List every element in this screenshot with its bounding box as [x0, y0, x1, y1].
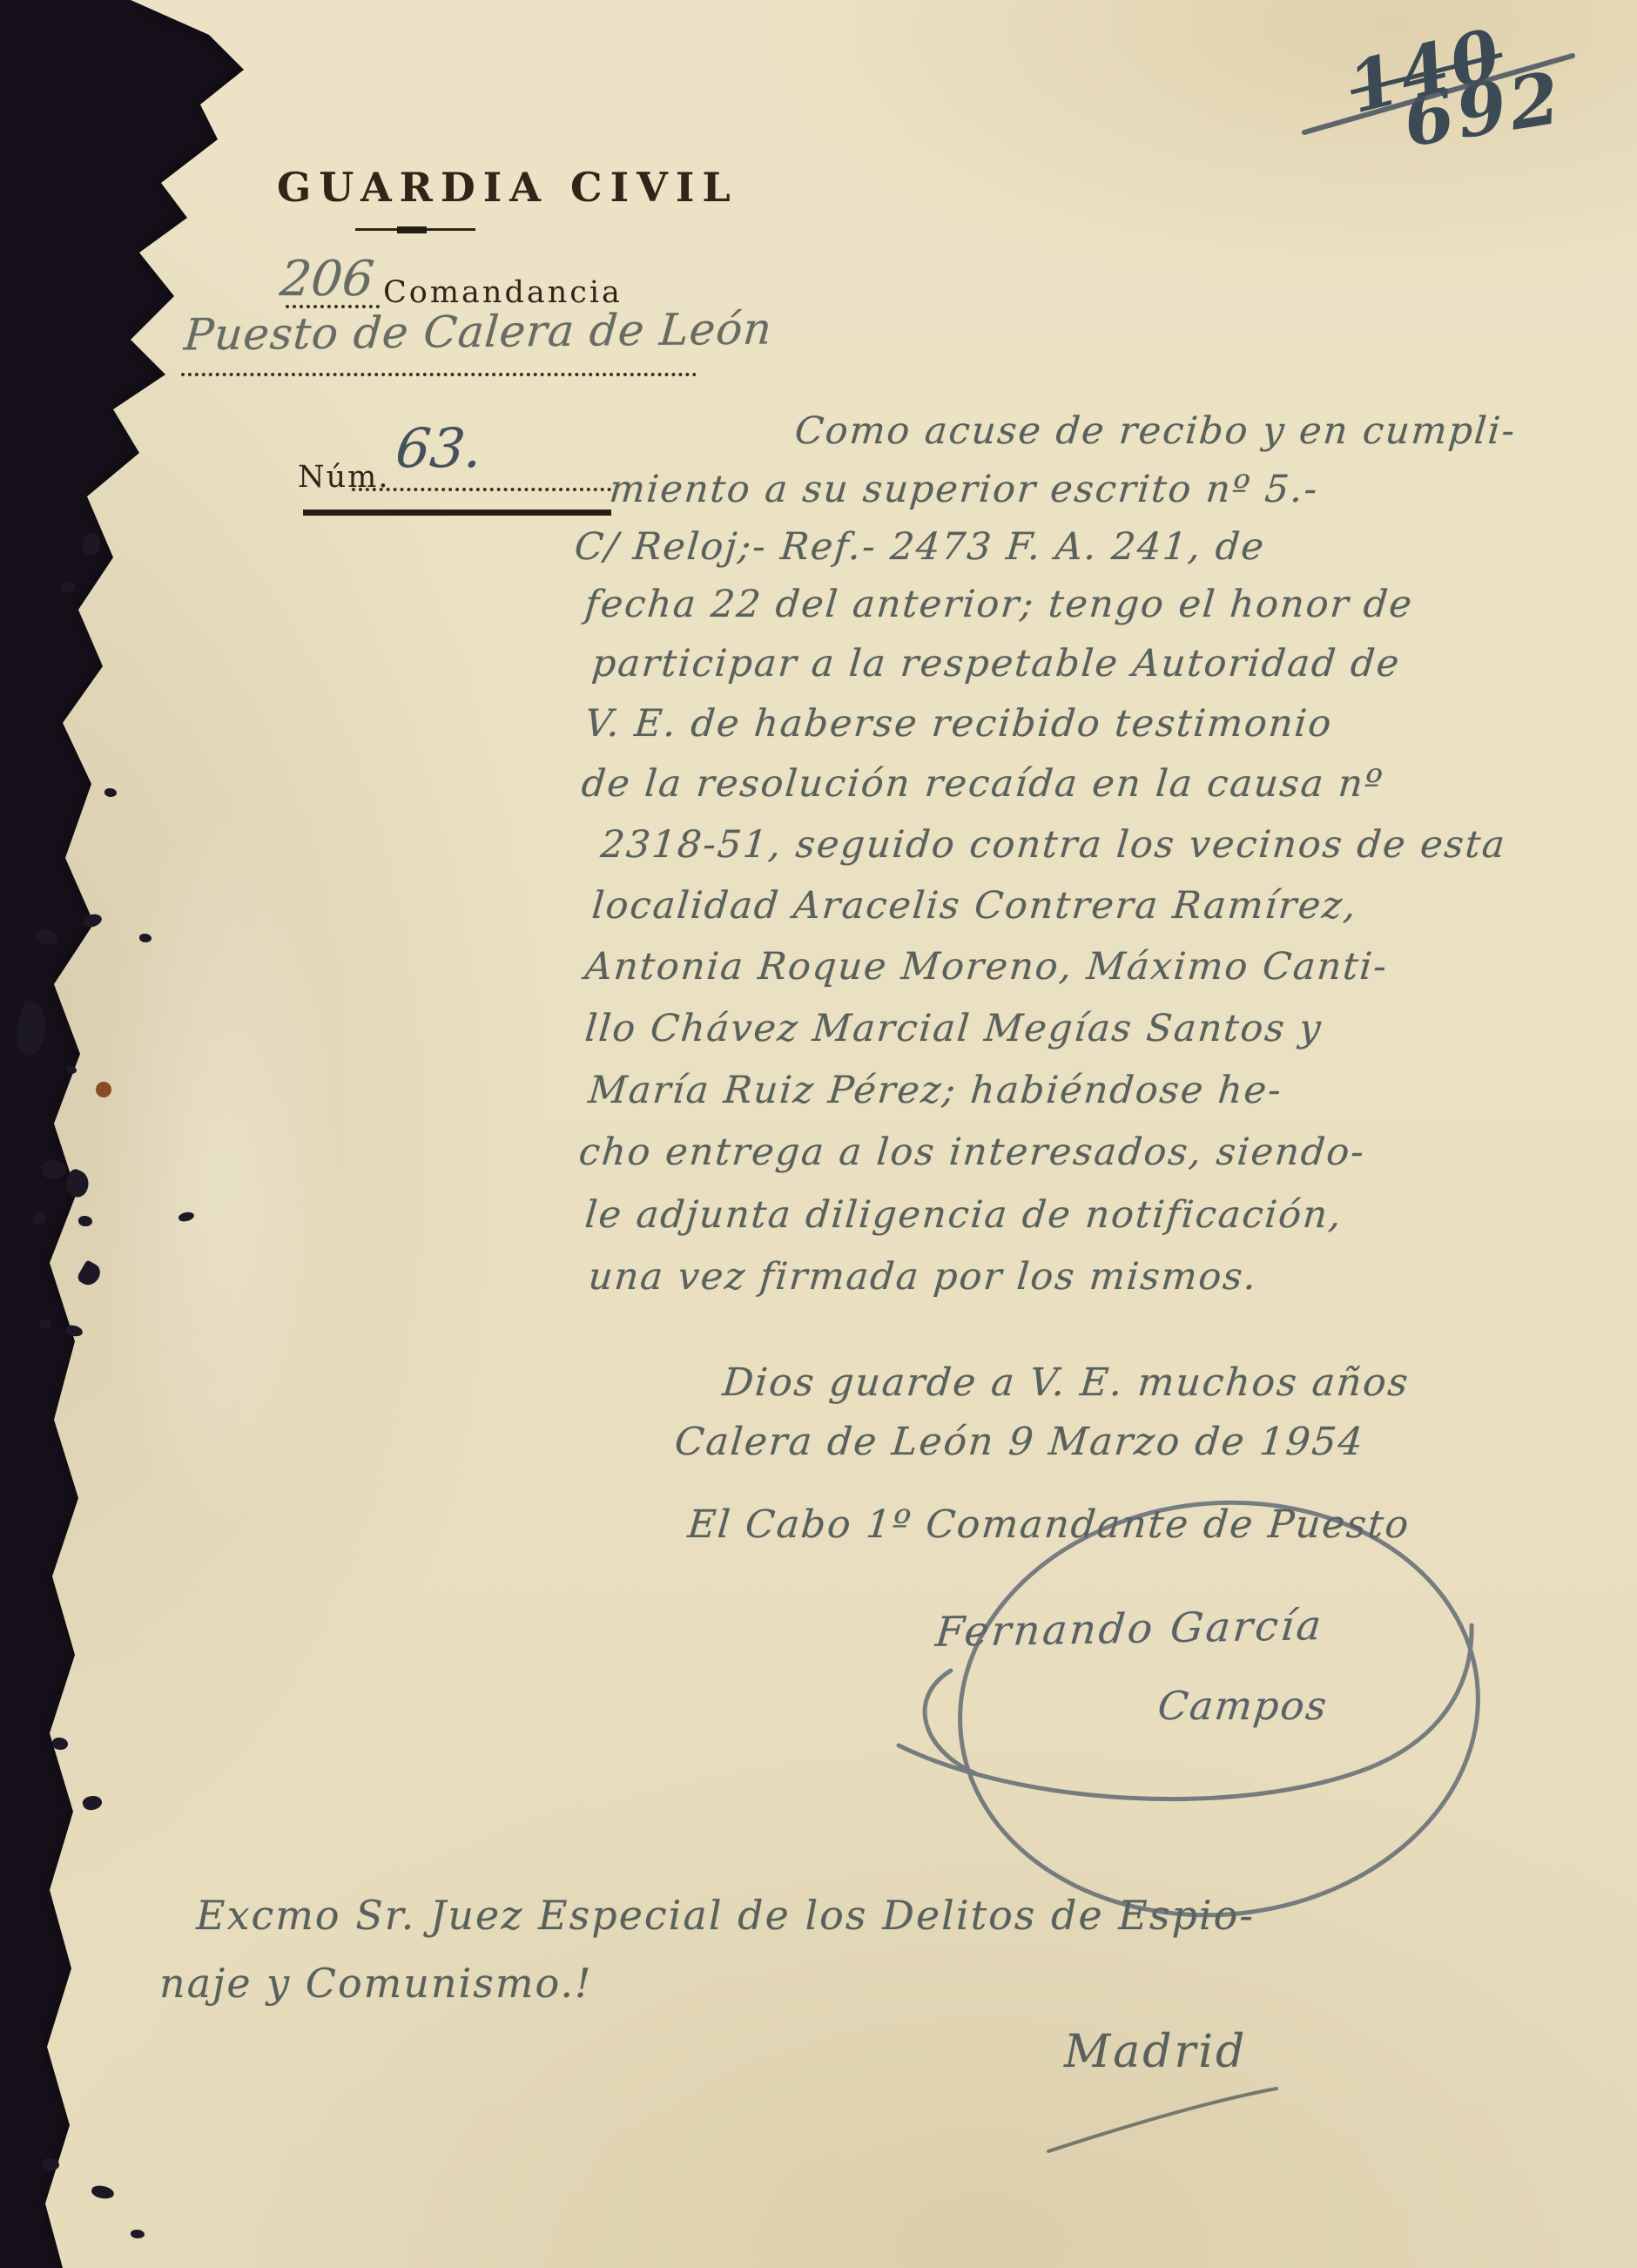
- ink-stain: [78, 1216, 92, 1226]
- ink-stain: [52, 1738, 68, 1750]
- scanned-letter-page: { "folio": { "crossed_out": "140", "curr…: [0, 0, 1637, 2268]
- ink-stain: [11, 999, 51, 1058]
- ink-stain: [178, 1211, 195, 1224]
- ink-stain: [91, 2184, 115, 2199]
- rust-spot: [96, 1082, 111, 1097]
- paper-damage: [0, 0, 1637, 2268]
- ink-stain: [41, 1158, 68, 1181]
- ink-stain: [81, 1794, 103, 1812]
- ink-stain: [62, 1167, 92, 1200]
- ink-stain: [64, 1324, 84, 1337]
- ink-stain: [104, 788, 117, 797]
- ink-stain: [66, 1066, 77, 1074]
- ink-stain: [60, 580, 76, 593]
- ink-stain: [42, 2158, 59, 2170]
- ink-stain: [131, 2230, 145, 2238]
- ink-stain: [79, 531, 103, 558]
- ink-stain: [33, 1212, 47, 1225]
- ink-stain: [34, 928, 58, 946]
- ink-stain: [76, 1259, 104, 1289]
- ink-stain: [139, 934, 152, 942]
- ink-stain: [81, 912, 103, 930]
- ink-stain: [39, 1320, 51, 1328]
